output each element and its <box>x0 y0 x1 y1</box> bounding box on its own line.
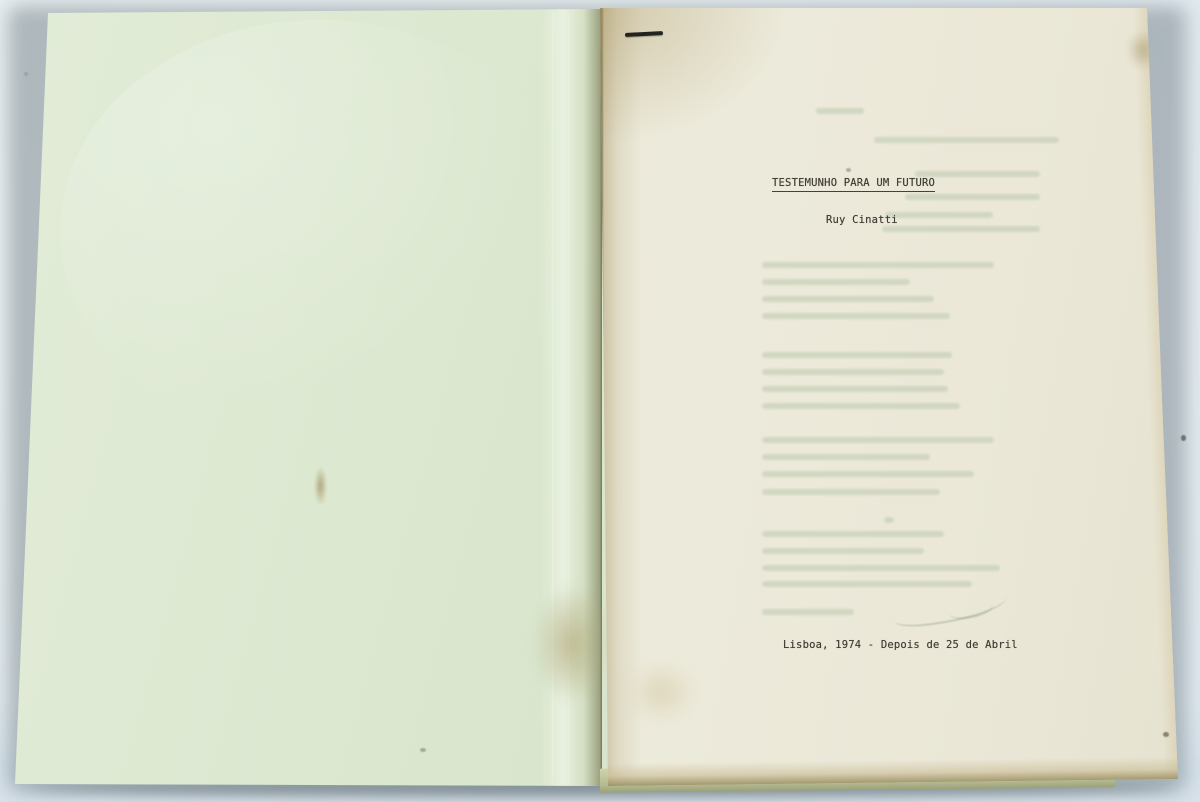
document-imprint: Lisboa, 1974 - Depois de 25 de Abril <box>783 639 1018 651</box>
bleedthrough-line <box>905 194 1040 200</box>
bleedthrough-line <box>874 137 1059 143</box>
document-author: Ruy Cinatti <box>826 214 898 226</box>
bleedthrough-line <box>885 212 993 218</box>
backdrop-speck <box>24 72 28 76</box>
bleedthrough-line <box>762 437 994 443</box>
bleedthrough-line <box>762 489 940 495</box>
bleedthrough-line <box>882 226 1040 232</box>
paper-stain <box>626 662 696 722</box>
bleedthrough-line <box>762 386 948 392</box>
cover-blemish-stain <box>314 466 327 506</box>
bleedthrough-line <box>762 548 924 554</box>
bleedthrough-line <box>762 296 934 302</box>
bleedthrough-line <box>762 454 930 460</box>
bleedthrough-line <box>762 531 944 537</box>
corner-toning <box>598 8 788 148</box>
bleedthrough-line <box>762 313 950 319</box>
photo-scene: TESTEMUNHO PARA UM FUTURO Ruy Cinatti Li… <box>0 0 1200 802</box>
cover-speck <box>420 748 426 752</box>
bleedthrough-line <box>884 517 894 523</box>
backdrop-speck <box>1181 435 1186 441</box>
bleedthrough-line <box>762 279 910 285</box>
paper-speck <box>846 168 851 172</box>
bleedthrough-line <box>762 581 972 587</box>
bleedthrough-line <box>762 352 952 358</box>
bleedthrough-line <box>762 262 994 268</box>
bleedthrough-line <box>762 609 854 615</box>
bleedthrough-line <box>816 108 864 114</box>
paper-speck <box>1163 732 1169 737</box>
spine-water-stain <box>534 585 608 703</box>
bleedthrough-line <box>762 471 974 477</box>
bleedthrough-line <box>762 369 944 375</box>
bleedthrough-line <box>762 565 1000 571</box>
cover-sheen <box>60 20 580 440</box>
bleedthrough-line <box>762 403 960 409</box>
document-title: TESTEMUNHO PARA UM FUTURO <box>772 177 935 192</box>
